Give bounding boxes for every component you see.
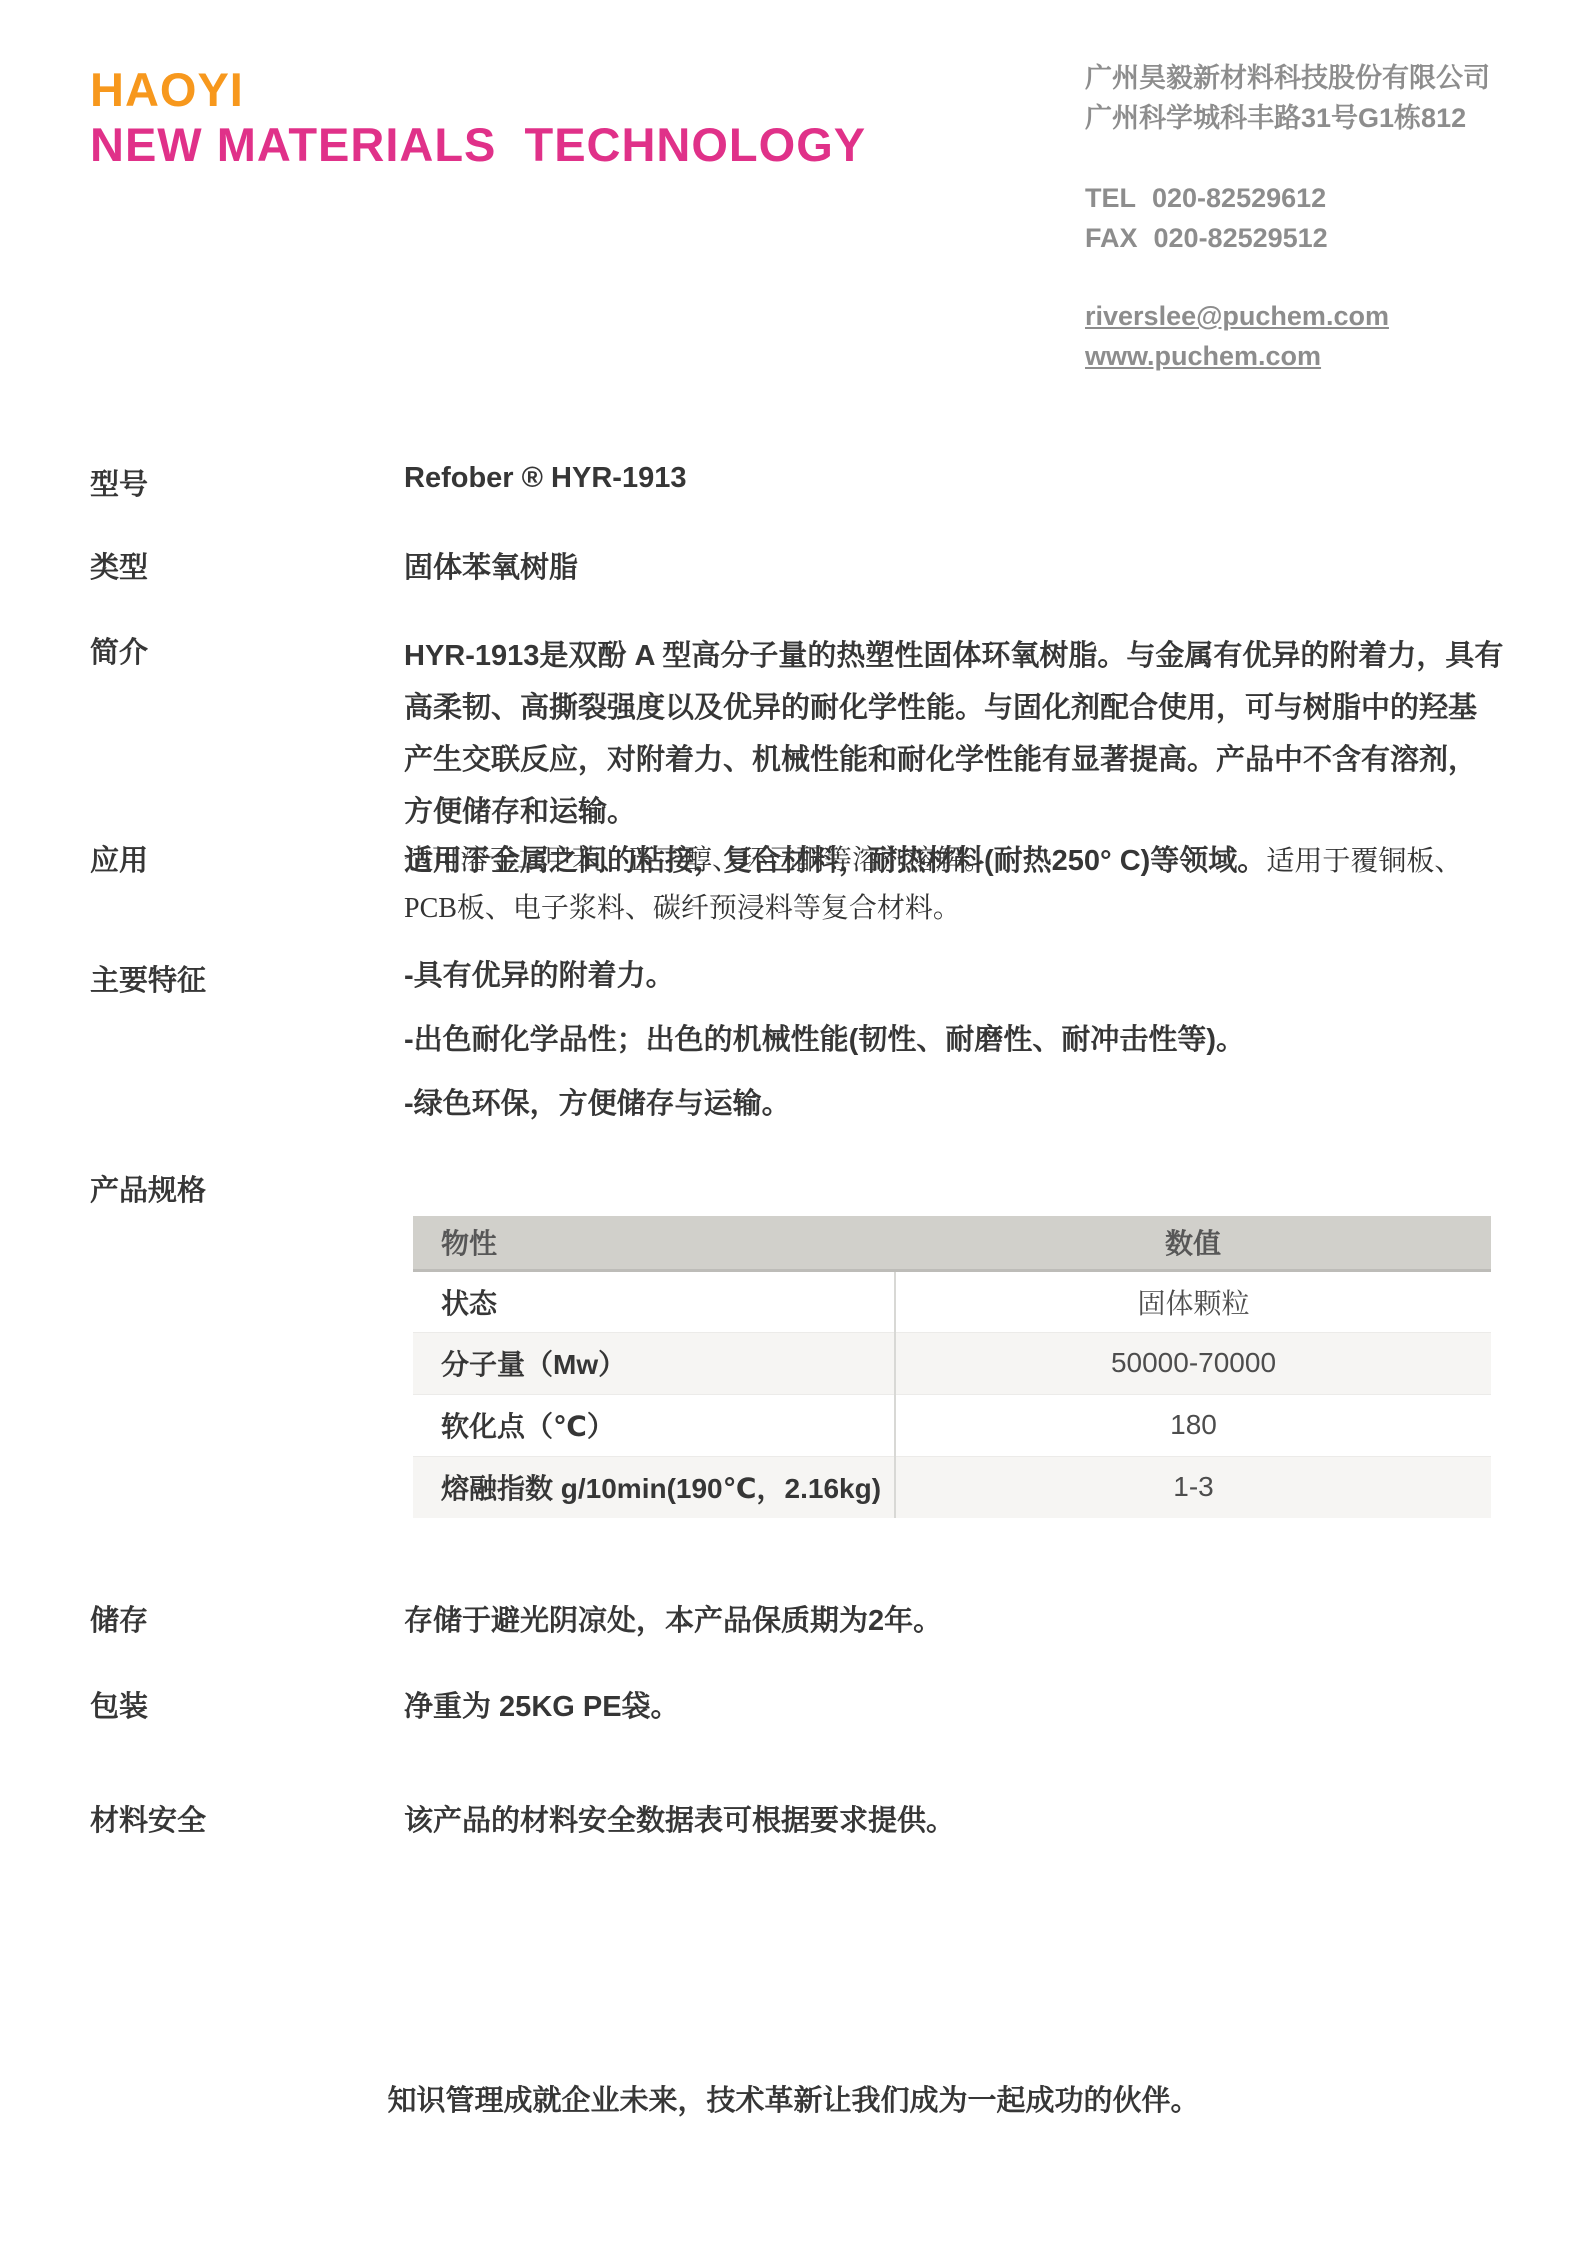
section-material-safety: 材料安全 该产品的材料安全数据表可根据要求提供。: [90, 1798, 1504, 1839]
company-name: 广州昊毅新材料科技股份有限公司: [1085, 58, 1555, 98]
tel-number: 020-82529612: [1152, 183, 1326, 213]
material-safety-value: 该产品的材料安全数据表可根据要求提供。: [404, 1798, 1504, 1839]
application-label: 应用: [90, 838, 404, 879]
tel-line: TEL020-82529612: [1085, 178, 1555, 218]
company-logo: HAOYI NEW MATERIALS TECHNOLOGY: [90, 62, 866, 173]
features-label: 主要特征: [90, 958, 404, 999]
spec-value: 50000-70000: [895, 1332, 1491, 1394]
fax-label: FAX: [1085, 218, 1138, 258]
model-value: Refober ® HYR-1913: [404, 462, 1504, 495]
spec-table-header-row: 物性 数值: [413, 1216, 1491, 1270]
spec-property: 熔融指数 g/10min(190℃，2.16kg): [413, 1456, 895, 1518]
table-row: 熔融指数 g/10min(190℃，2.16kg) 1-3: [413, 1456, 1491, 1518]
section-type: 类型 固体苯氧树脂: [90, 545, 1504, 586]
spec-property: 软化点（℃）: [413, 1394, 895, 1456]
section-storage: 储存 存储于避光阴凉处，本产品保质期为2年。: [90, 1598, 1504, 1639]
logo-brand-text: HAOYI: [90, 62, 866, 117]
table-row: 状态 固体颗粒: [413, 1270, 1491, 1332]
table-row: 软化点（℃） 180: [413, 1394, 1491, 1456]
section-application: 应用 适用于金属之间的粘接，复合材料，耐热材料(耐热250° C)等领域。适用于…: [90, 838, 1504, 932]
fax-number: 020-82529512: [1154, 223, 1328, 253]
table-row: 分子量（Mw） 50000-70000: [413, 1332, 1491, 1394]
website-link[interactable]: www.puchem.com: [1085, 336, 1321, 376]
spec-header-value: 数值: [895, 1216, 1491, 1270]
application-text: 适用于金属之间的粘接，复合材料，耐热材料(耐热250° C)等领域。: [404, 845, 1266, 877]
model-label: 型号: [90, 462, 404, 503]
footer-slogan: 知识管理成就企业未来，技术革新让我们成为一起成功的伙伴。: [0, 2078, 1587, 2119]
type-label: 类型: [90, 545, 404, 586]
feature-item: -绿色环保，方便储存与运输。: [404, 1086, 1504, 1122]
section-packaging: 包装 净重为 25KG PE袋。: [90, 1684, 1504, 1725]
spec-table: 物性 数值 状态 固体颗粒 分子量（Mw） 50000-70000 软化点（℃）…: [413, 1216, 1491, 1518]
company-address: 广州科学城科丰路31号G1栋812: [1085, 98, 1555, 138]
specs-label: 产品规格: [90, 1168, 404, 1209]
packaging-label: 包装: [90, 1684, 404, 1725]
spec-value: 1-3: [895, 1456, 1491, 1518]
links-block: riverslee@puchem.com www.puchem.com: [1085, 296, 1555, 376]
material-safety-label: 材料安全: [90, 1798, 404, 1839]
introduction-text: HYR-1913是双酚 A 型高分子量的热塑性固体环氧树脂。与金属有优异的附着力…: [404, 630, 1504, 838]
spec-value: 固体颗粒: [895, 1270, 1491, 1332]
spec-property: 分子量（Mw）: [413, 1332, 895, 1394]
spec-value: 180: [895, 1394, 1491, 1456]
tel-label: TEL: [1085, 178, 1136, 218]
spec-header-property: 物性: [413, 1216, 895, 1270]
logo-tagline-text: NEW MATERIALS TECHNOLOGY: [90, 117, 866, 172]
introduction-label: 简介: [90, 630, 404, 671]
section-specs: 产品规格: [90, 1168, 404, 1209]
storage-value: 存储于避光阴凉处，本产品保质期为2年。: [404, 1598, 1504, 1639]
storage-label: 储存: [90, 1598, 404, 1639]
type-value: 固体苯氧树脂: [404, 545, 1504, 586]
packaging-value: 净重为 25KG PE袋。: [404, 1684, 1504, 1725]
spec-property: 状态: [413, 1270, 895, 1332]
fax-line: FAX020-82529512: [1085, 218, 1555, 258]
phone-block: TEL020-82529612 FAX020-82529512: [1085, 178, 1555, 258]
datasheet-page: HAOYI NEW MATERIALS TECHNOLOGY 广州昊毅新材料科技…: [0, 0, 1587, 2245]
feature-item: -出色耐化学品性；出色的机械性能(韧性、耐磨性、耐冲击性等)。: [404, 1022, 1504, 1058]
feature-item: -具有优异的附着力。: [404, 958, 1504, 994]
company-info-block: 广州昊毅新材料科技股份有限公司 广州科学城科丰路31号G1栋812 TEL020…: [1085, 58, 1555, 376]
email-link[interactable]: riverslee@puchem.com: [1085, 296, 1389, 336]
section-model: 型号 Refober ® HYR-1913: [90, 462, 1504, 503]
section-features: 主要特征 -具有优异的附着力。 -出色耐化学品性；出色的机械性能(韧性、耐磨性、…: [90, 958, 1504, 1122]
